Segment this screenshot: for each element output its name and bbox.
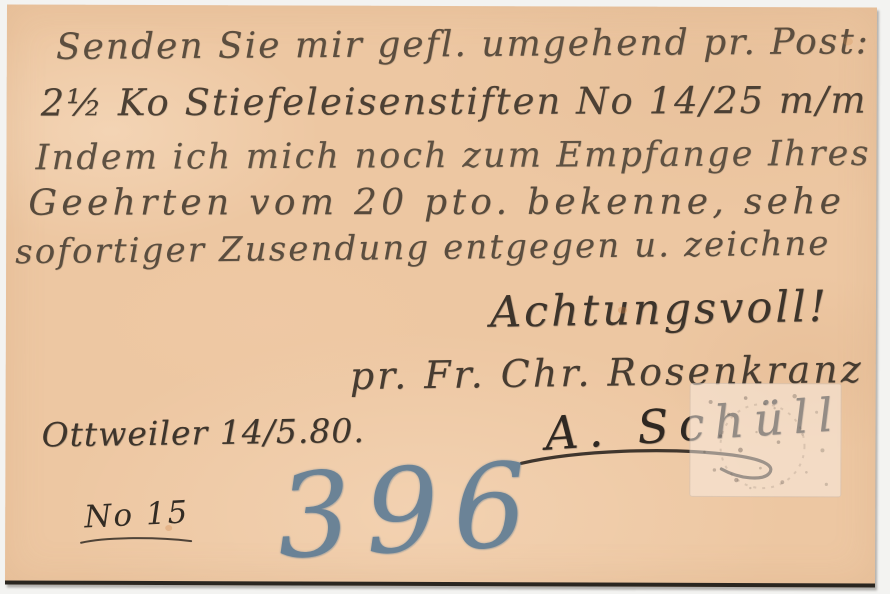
closing-salutation: Achtungsvoll! xyxy=(490,282,830,338)
blue-crayon-number: 396 xyxy=(274,438,544,586)
foxing-spot xyxy=(843,37,853,45)
foxing-spot xyxy=(618,307,627,314)
reference-number-flourish xyxy=(77,533,197,549)
foxing-spot xyxy=(165,525,172,531)
handwriting-line-3: Indem ich mich noch zum Empfange Ihres xyxy=(35,134,870,178)
postcard-scan: Senden Sie mir gefl. umgehend pr. Post: … xyxy=(5,4,877,587)
postmark-speckles xyxy=(690,384,840,497)
handwriting-line-4: Geehrten vom 20 pto. bekenne, sehe xyxy=(28,181,845,223)
reference-number: No 15 xyxy=(83,494,190,535)
handwriting-line-1: Senden Sie mir gefl. umgehend pr. Post: xyxy=(56,21,870,68)
postmark-stamp-ghost xyxy=(689,383,841,498)
handwriting-line-5: sofortiger Zusendung entgegen u. zeichne xyxy=(15,224,831,273)
handwriting-line-2: 2½ Ko Stiefeleisenstiften No 14/25 m/m xyxy=(41,79,868,125)
